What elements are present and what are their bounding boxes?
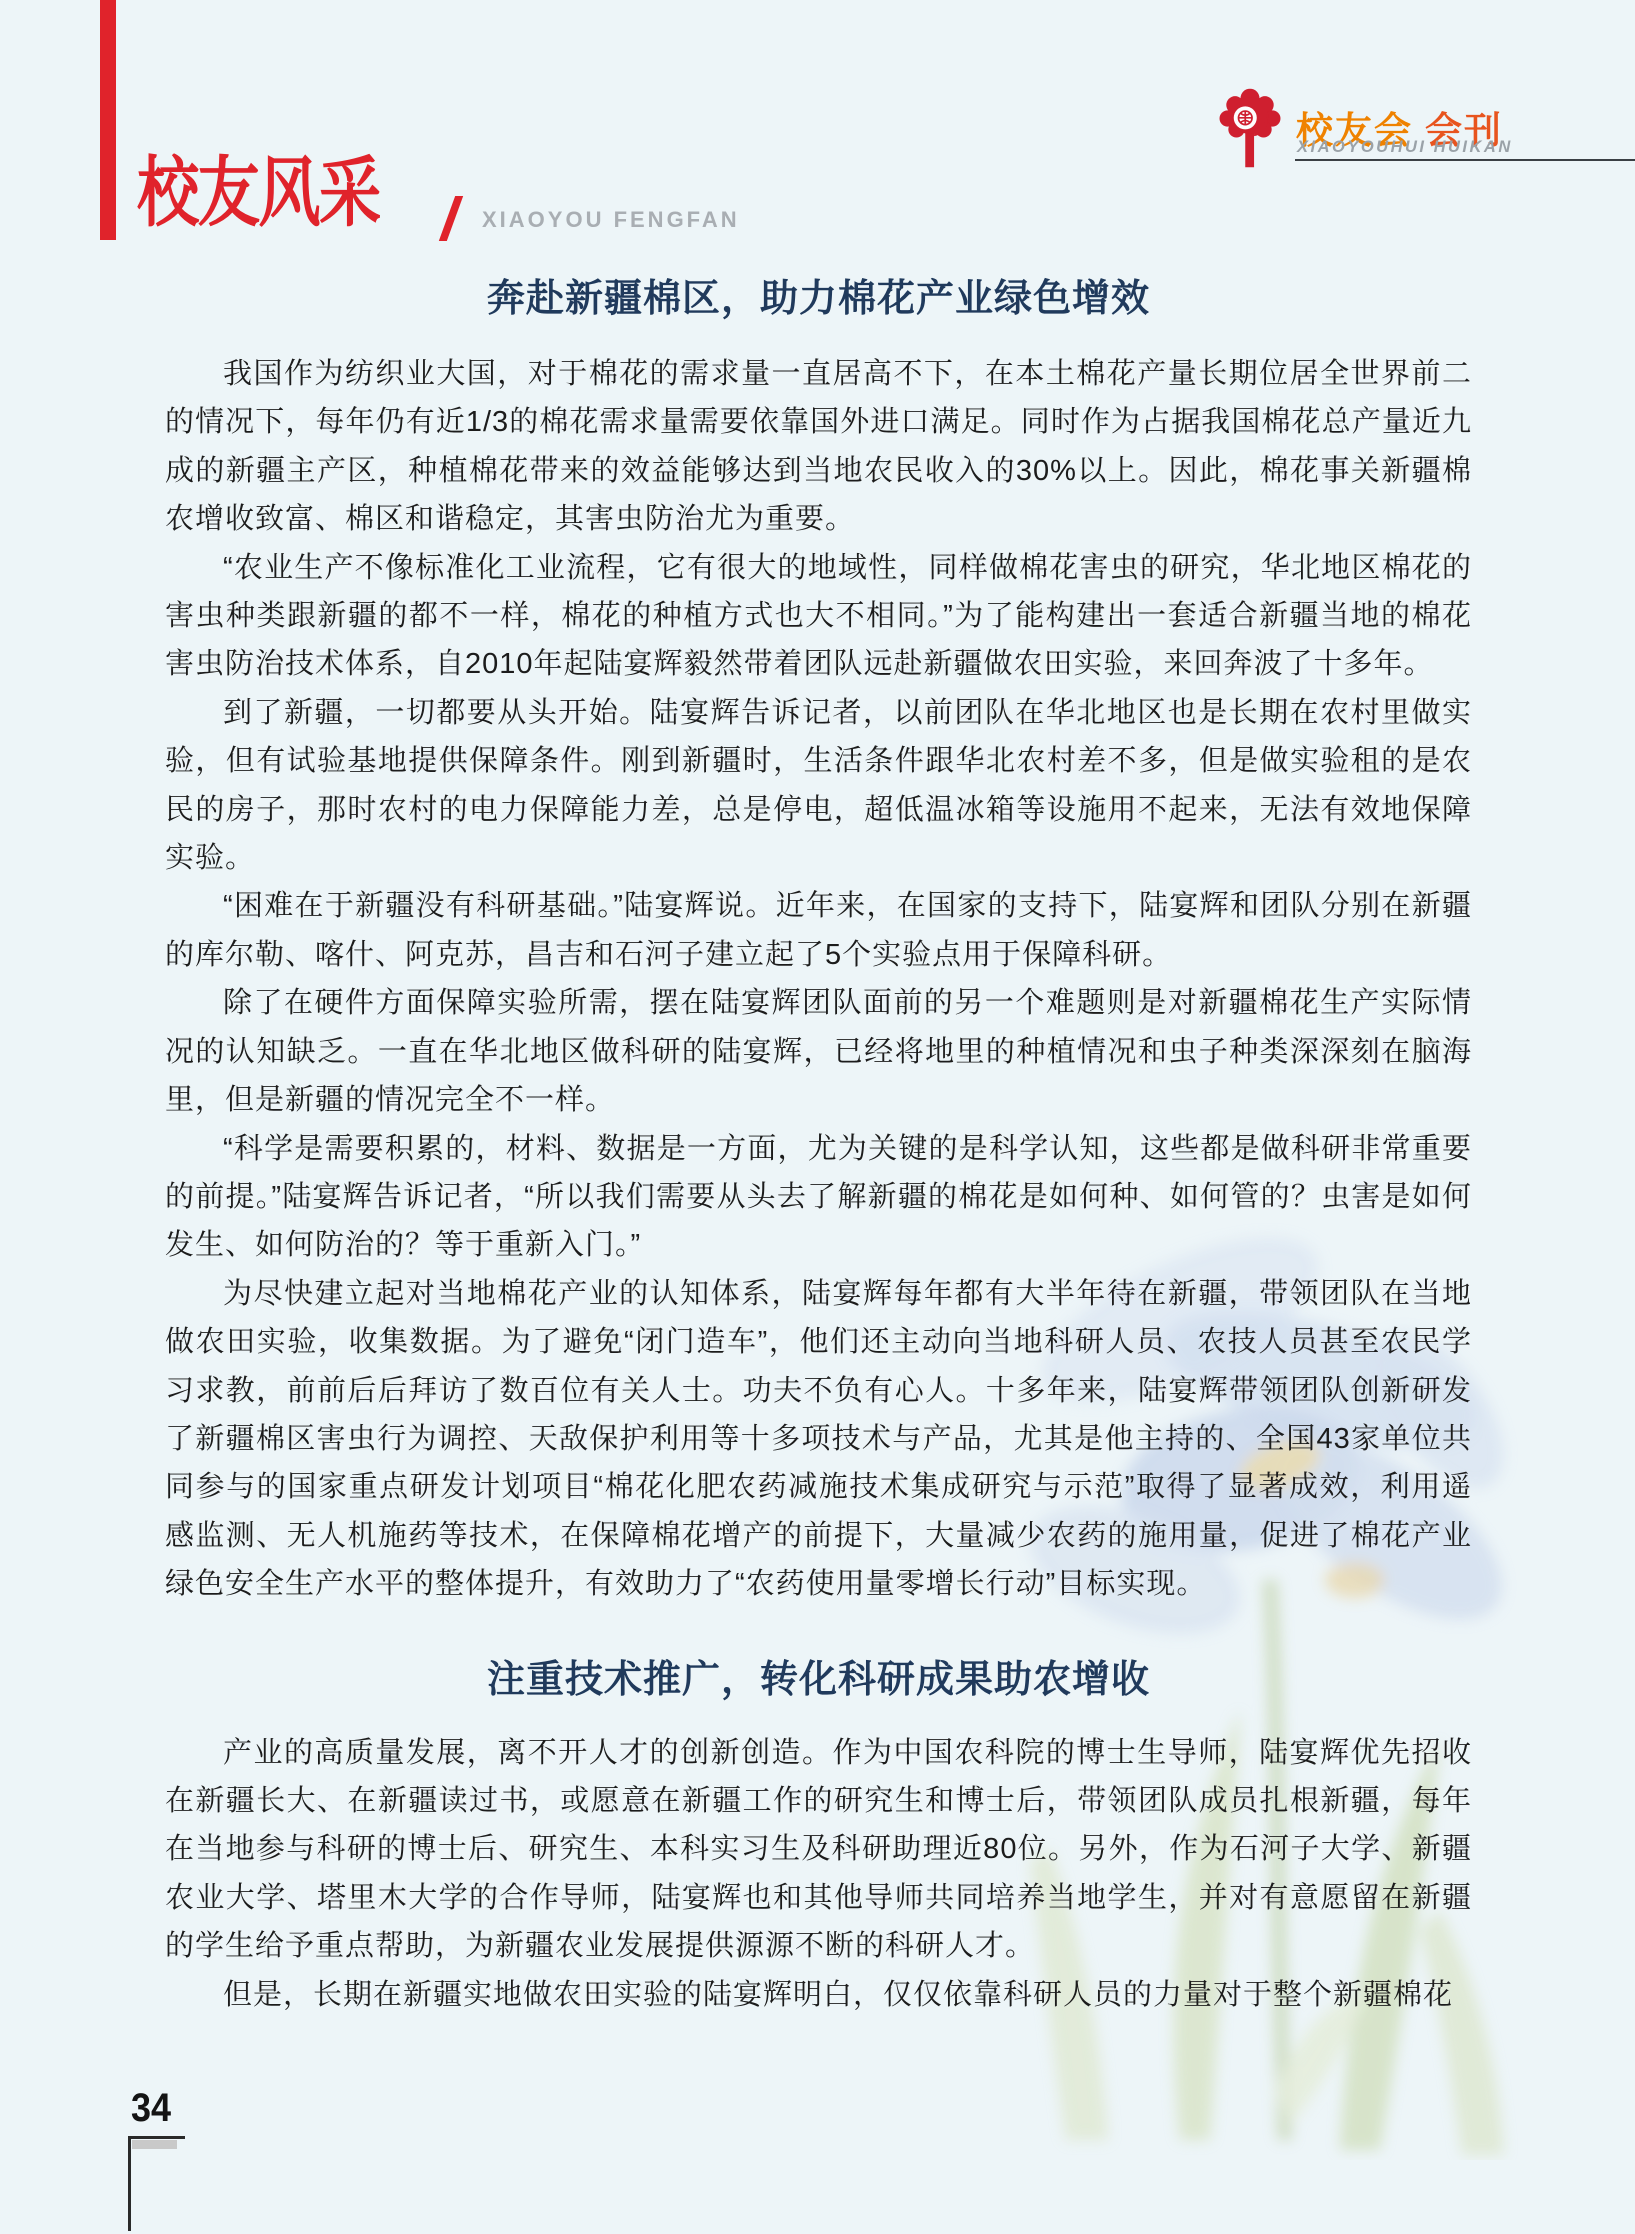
corner-mark-bar	[132, 2140, 177, 2149]
alumni-association-logo-icon	[1216, 86, 1284, 170]
slash-divider-icon	[439, 196, 463, 241]
paragraph: “农业生产不像标准化工业流程，它有很大的地域性，同样做棉花害虫的研究，华北地区棉…	[165, 544, 1472, 689]
page-number: 34	[131, 2086, 171, 2131]
header-accent-bar	[100, 0, 116, 240]
section-subtitle: XIAOYOU FENGFAN	[482, 207, 740, 233]
paragraph: 除了在硬件方面保障实验所需，摆在陆宴辉团队面前的另一个难题则是对新疆棉花生产实际…	[165, 979, 1472, 1124]
header-divider-line	[1295, 159, 1635, 161]
section-1-heading: 奔赴新疆棉区，助力棉花产业绿色增效	[165, 276, 1472, 322]
journal-logo-subtitle: XIAOYOUHUI HUIKAN	[1297, 138, 1513, 157]
paragraph: 我国作为纺织业大国，对于棉花的需求量一直居高不下，在本土棉花产量长期位居全世界前…	[165, 350, 1472, 544]
paragraph: 产业的高质量发展，离不开人才的创新创造。作为中国农科院的博士生导师，陆宴辉优先招…	[165, 1729, 1472, 1971]
paragraph: “科学是需要积累的，材料、数据是一方面，尤为关键的是科学认知，这些都是做科研非常…	[165, 1125, 1472, 1270]
paragraph: 但是，长期在新疆实地做农田实验的陆宴辉明白，仅仅依靠科研人员的力量对于整个新疆棉…	[165, 1971, 1472, 2019]
section-2-heading: 注重技术推广，转化科研成果助农增收	[165, 1657, 1472, 1703]
page-corner-mark	[128, 2136, 185, 2231]
paragraph: 为尽快建立起对当地棉花产业的认知体系，陆宴辉每年都有大半年待在新疆，带领团队在当…	[165, 1270, 1472, 1609]
paragraph: “困难在于新疆没有科研基础。”陆宴辉说。近年来，在国家的支持下，陆宴辉和团队分别…	[165, 882, 1472, 979]
section-title: 校友风采	[137, 148, 380, 240]
paragraph: 到了新疆，一切都要从头开始。陆宴辉告诉记者，以前团队在华北地区也是长期在农村里做…	[165, 689, 1472, 883]
article-body: 奔赴新疆棉区，助力棉花产业绿色增效 我国作为纺织业大国，对于棉花的需求量一直居高…	[165, 268, 1472, 2019]
